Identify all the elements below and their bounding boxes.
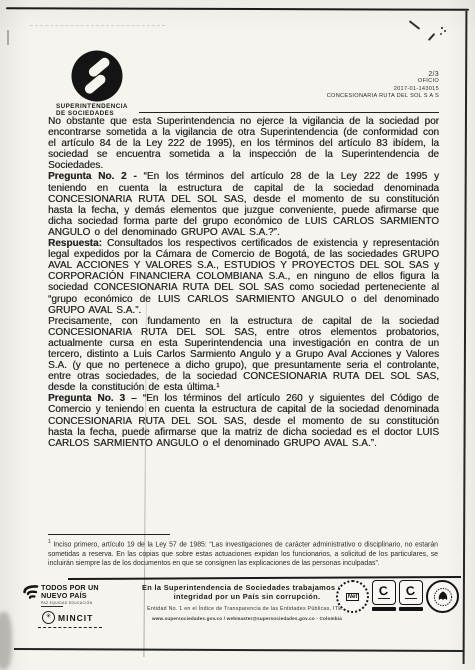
pen-dots — [441, 27, 443, 29]
coat-of-arms-seal-icon — [426, 580, 459, 613]
footnote-text: Inciso primero, artículo 19 de la Ley 57… — [48, 542, 438, 567]
mincit-logo: ✳ MINCIT — [42, 611, 134, 624]
footnote-rule — [48, 534, 170, 535]
paragraph-pregunta-2: Pregunta No. 2 - “En los términos del ar… — [48, 171, 439, 238]
scan-faint-marks — [30, 25, 165, 26]
paragraph-respuesta: Respuesta: Consultados los respectivos c… — [48, 238, 439, 316]
document-meta: 2/3 OFICIO 2017-01-143015 CONCESIONARIA … — [327, 71, 439, 101]
document-type: OFICIO — [327, 78, 439, 85]
paragraph-text: Precisamente, con fundamento en la estru… — [48, 316, 439, 394]
mincit-underline — [38, 627, 102, 628]
campaign-name-line2: NUEVO PAÍS — [41, 592, 99, 600]
paragraph-text: No obstante que esta Superintendencia no… — [48, 116, 439, 171]
itep-ranking-line: Entidad No. 1 en el Índice de Transparen… — [128, 606, 366, 612]
scan-top-edge-line — [6, 7, 469, 11]
icontec-c-glyph: C — [406, 585, 416, 597]
pen-mark — [428, 33, 435, 41]
paragraph-lead: Pregunta No. 3 – — [48, 393, 137, 404]
footnote-body: 1 Inciso primero, artículo 19 de la Ley … — [48, 538, 438, 567]
mincit-label: MINCIT — [58, 613, 93, 623]
campaign-tagline: PAZ EQUIDAD EDUCACIÓN — [41, 601, 99, 605]
icontec-c-glyph: C — [379, 585, 389, 597]
mincit-seal-icon: ✳ — [42, 611, 55, 624]
net-seal-label: Net — [346, 593, 360, 601]
iqnet-certification-seal-icon: Net — [336, 580, 369, 613]
page-indicator: 2/3 — [327, 71, 439, 78]
document-body: No obstante que esta Superintendencia no… — [48, 116, 439, 449]
paragraph-pregunta-3: Pregunta No. 3 – “En los términos del ar… — [48, 393, 439, 448]
scan-left-mark — [7, 30, 9, 45]
paragraph-text: Consultados los respectivos certificados… — [48, 238, 439, 316]
paragraph-lead: Pregunta No. 2 - — [48, 171, 137, 182]
flag-swoosh-icon — [22, 584, 39, 606]
icontec-iso-14001-badge-icon: C — [399, 580, 423, 611]
entity-name: SUPERINTENDENCIA DE SOCIEDADES — [56, 103, 128, 117]
document-subject: CONCESIONARIA RUTA DEL SOL S A S — [327, 93, 439, 100]
footer-bottom-rule — [14, 648, 463, 652]
campaign-underline — [41, 606, 63, 607]
certification-badges: Net C C — [336, 580, 459, 613]
website-contact-line: www.supersociedades.gov.co / webmaster@s… — [128, 616, 366, 621]
paragraph-lead: Respuesta: — [48, 238, 102, 249]
scan-corner-smudge — [0, 612, 12, 670]
icontec-iso-9001-badge-icon: C — [372, 580, 396, 611]
pen-mark — [409, 20, 420, 29]
integrity-message: En la Superintendencia de Sociedades tra… — [128, 583, 366, 602]
footer-message-block: En la Superintendencia de Sociedades tra… — [128, 583, 366, 621]
paragraph-inspeccion: No obstante que esta Superintendencia no… — [48, 116, 439, 171]
paragraph-precisamente: Precisamente, con fundamento en la estru… — [48, 316, 439, 394]
header-rule — [139, 112, 439, 113]
footnote: 1 Inciso primero, artículo 19 de la Ley … — [48, 534, 438, 568]
scanned-document-page: SUPERINTENDENCIA DE SOCIEDADES 2/3 OFICI… — [0, 0, 475, 670]
scan-right-edge-line — [463, 11, 468, 664]
campaign-logo-block: TODOS POR UN NUEVO PAÍS PAZ EQUIDAD EDUC… — [22, 584, 134, 628]
footnote-marker: 1 — [48, 539, 51, 545]
entity-name-line1: SUPERINTENDENCIA — [56, 103, 128, 110]
superintendencia-logo-icon — [70, 49, 124, 108]
document-number: 2017-01-143015 — [327, 86, 439, 93]
